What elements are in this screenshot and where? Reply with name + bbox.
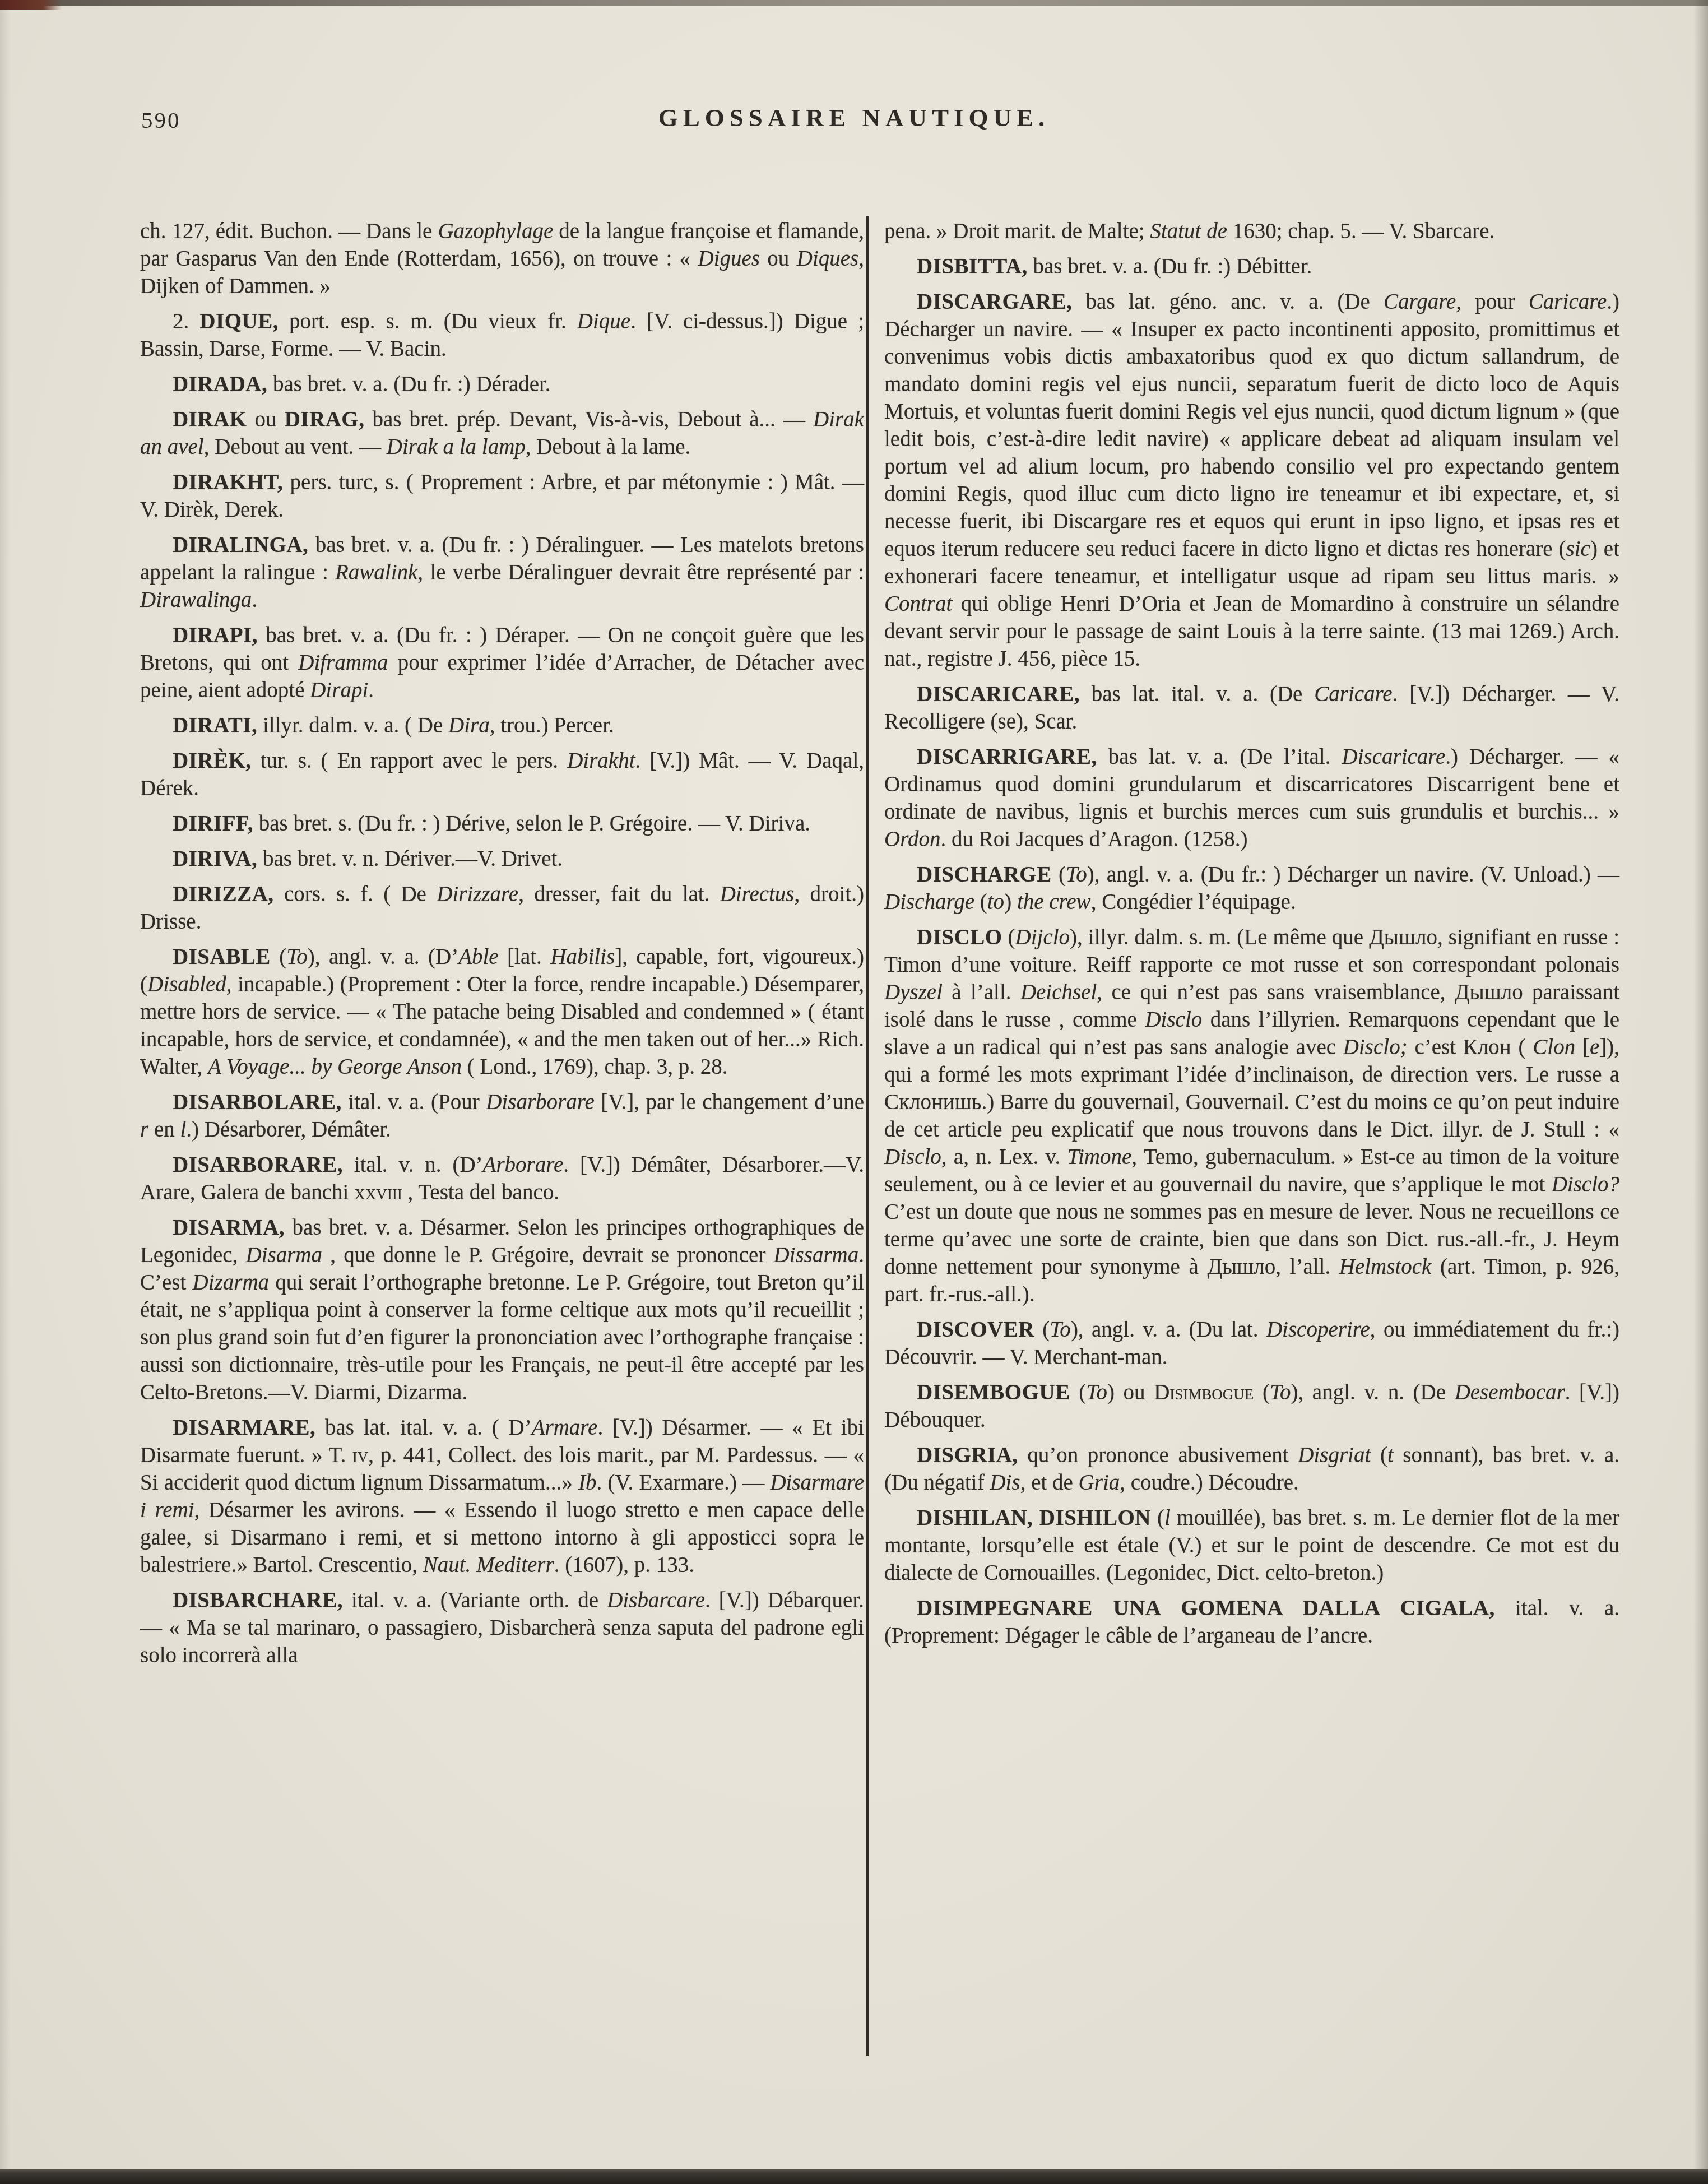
entry-text: bas bret. prép. Devant, Vis-à-vis, Debou… (364, 407, 813, 432)
entry-text: A Voyage... by George Anson (208, 1055, 462, 1079)
entry-text: Disbarcare (607, 1588, 705, 1612)
entry-text: Diques (797, 247, 859, 271)
entry-headword: DIRIFF, (173, 812, 253, 836)
dictionary-entry: DISARBOLARE, ital. v. a. (Pour Disarbora… (140, 1088, 864, 1143)
entry-text: l (180, 1117, 187, 1142)
entry-headword: DIQUE, (199, 309, 279, 333)
dictionary-entry: DISCOVER (To), angl. v. a. (Du lat. Disc… (884, 1316, 1619, 1371)
entry-text: Discoperire (1266, 1318, 1370, 1342)
dictionary-entry: DIRIVA, bas bret. v. n. Dériver.—V. Driv… (140, 845, 864, 873)
entry-text: . (252, 588, 257, 612)
entry-text: bas lat. ital. v. a. (De (1080, 682, 1314, 706)
entry-text: r (140, 1117, 148, 1142)
entry-text: . (1607), p. 133. (554, 1553, 694, 1577)
entry-text: Disarma (246, 1243, 323, 1267)
entry-headword: DISBITTA, (917, 254, 1028, 279)
dictionary-entry: pena. » Droit marit. de Malte; Statut de… (884, 217, 1619, 245)
entry-text: pour (1461, 290, 1529, 314)
entry-text: To (1270, 1380, 1291, 1404)
entry-text: en (148, 1117, 180, 1142)
entry-headword: DISCARRIGARE, (917, 745, 1097, 769)
entry-text: Discaricare (1342, 745, 1445, 769)
entry-headword: DISARBOLARE, (173, 1090, 342, 1114)
entry-headword: DISARBORARE, (173, 1153, 343, 1177)
dictionary-entry: DIRADA, bas bret. v. a. (Du fr. :) Dérad… (140, 370, 864, 398)
entry-text: [lat. (499, 945, 551, 969)
dictionary-entry: DISCARRIGARE, bas lat. v. a. (De l’ital.… (884, 743, 1619, 853)
entry-text: Helmstock (1339, 1255, 1432, 1279)
entry-text: 2. (173, 309, 199, 333)
entry-headword: DIRIVA, (173, 847, 257, 871)
entry-text: iv (352, 1443, 369, 1467)
entry-text: , dresser, fait du lat. (518, 882, 720, 906)
entry-text: Desembocar (1455, 1380, 1565, 1404)
entry-text: Dirak a la lamp (387, 435, 526, 459)
entry-text: . (V. Exarmare.) — (596, 1471, 770, 1495)
entry-text: Digues (698, 247, 760, 271)
entry-text: Disclo (1145, 1008, 1202, 1032)
entry-text: ou (760, 247, 797, 271)
entry-text: ( (1034, 1318, 1050, 1342)
entry-text: the crew (1017, 890, 1091, 914)
entry-text: bas bret. v. a. (Du fr. :) Dérader. (267, 372, 550, 396)
entry-headword: DISCARGARE, (917, 290, 1072, 314)
entry-headword: DIRÈK, (173, 749, 252, 773)
dictionary-entry: DIRAKHT, pers. turc, s. ( Proprement : A… (140, 469, 864, 523)
entry-text: Disimbogue (1154, 1380, 1254, 1404)
entry-text: Caricare (1314, 682, 1392, 706)
entry-text: Discharge (884, 890, 974, 914)
entry-text: , Debout au vent. — (204, 435, 387, 459)
entry-text: ), angl. v. a. (Du fr.: ) Décharger un n… (1087, 863, 1619, 887)
entry-text: Dirakht (567, 749, 635, 773)
entry-text: ), angl. v. a. (D’ (308, 945, 458, 969)
entry-headword: DISABLE (173, 945, 271, 969)
entry-text: ch. 127, édit. Buchon. — Dans le (140, 219, 438, 243)
dictionary-entry: DISARBORARE, ital. v. n. (D’Arborare. [V… (140, 1151, 864, 1206)
entry-headword: DIRADA, (173, 372, 267, 396)
entry-text: Timone (1067, 1145, 1131, 1169)
entry-text: ital. v. a. (Variante orth. de (343, 1588, 607, 1612)
dictionary-entry: DISARMARE, bas lat. ital. v. a. ( D’Arma… (140, 1414, 864, 1579)
entry-headword: DISCHARGE (917, 863, 1052, 887)
entry-text: , Debout à la lame. (526, 435, 691, 459)
entry-text: [V.], par le changement d’une (595, 1090, 864, 1114)
entry-text: To (1086, 1380, 1107, 1404)
scan-right-shade (1693, 0, 1708, 2184)
entry-text: to (987, 890, 1004, 914)
entry-text: Ordon (884, 827, 940, 851)
entry-text: Habilis (550, 945, 615, 969)
entry-text: 1630; chap. 5. — V. Sbarcare. (1227, 219, 1494, 243)
entry-text: Dijclo (1015, 925, 1070, 949)
entry-text: bas bret. s. (Du fr. : ) Dérive, selon l… (253, 812, 810, 836)
entry-text: , Congédier l’équipage. (1091, 890, 1296, 914)
right-column: pena. » Droit marit. de Malte; Statut de… (884, 217, 1619, 1657)
entry-text: Ib (578, 1471, 597, 1495)
entry-text: bas lat. v. a. (De l’ital. (1097, 745, 1342, 769)
entry-text: Disclo? (1552, 1172, 1619, 1197)
entry-text: Deichsel (1020, 980, 1097, 1004)
entry-text: Dis (990, 1471, 1020, 1495)
scan-bottom-edge (0, 2169, 1708, 2184)
entry-headword: DIRAPI, (173, 623, 258, 647)
entry-text: ( (974, 890, 987, 914)
entry-text: Diframma (298, 651, 388, 675)
entry-text: , que donne le P. Grégoire, devrait se p… (322, 1243, 774, 1267)
entry-headword: DISBARCHARE, (173, 1588, 343, 1612)
entry-text: .) Désarborer, Démâter. (186, 1117, 391, 1142)
entry-text: Arborare (483, 1153, 564, 1177)
entry-text: . (368, 678, 374, 702)
entry-text: .) Décharger un navire. — « Insuper ex p… (884, 290, 1619, 561)
entry-text: Naut. Mediterr (423, 1553, 554, 1577)
entry-text: ) (1004, 890, 1017, 914)
entry-headword: DIRALINGA, (173, 533, 308, 557)
entry-headword: DISCARICARE, (917, 682, 1080, 706)
entry-text: bas lat. géno. anc. v. a. (De (1072, 290, 1384, 314)
entry-headword: DISARMARE, (173, 1416, 315, 1440)
scan-left-shade (0, 0, 10, 2184)
dictionary-entry: DIRIZZA, cors. s. f. ( De Dirizzare, dre… (140, 880, 864, 935)
dictionary-entry: DIRIFF, bas bret. s. (Du fr. : ) Dérive,… (140, 810, 864, 837)
entry-text: ( (1371, 1443, 1387, 1467)
entry-text: Statut de (1150, 219, 1227, 243)
page-title: GLOSSAIRE NAUTIQUE. (0, 103, 1708, 132)
entry-text: à l’all. (943, 980, 1020, 1004)
entry-text: Disgriat (1298, 1443, 1371, 1467)
dictionary-entry: DISCARICARE, bas lat. ital. v. a. (De Ca… (884, 680, 1619, 735)
entry-text: bas lat. ital. v. a. ( D’ (315, 1416, 531, 1440)
dictionary-entry: DISBARCHARE, ital. v. a. (Variante orth.… (140, 1587, 864, 1669)
entry-text: Clon (1533, 1035, 1575, 1059)
entry-text: bas bret. v. a. (Du fr. :) Débitter. (1028, 254, 1312, 279)
entry-text: Dirizzare (437, 882, 518, 906)
dictionary-entry: DISABLE (To), angl. v. a. (D’Able [lat. … (140, 943, 864, 1081)
entry-text: Dique (577, 309, 630, 333)
entry-text: Dizarma (193, 1270, 270, 1295)
entry-text: Gria (1079, 1471, 1120, 1495)
dictionary-entry: DIRATI, illyr. dalm. v. a. ( De Dira, tr… (140, 712, 864, 739)
dictionary-entry: DISHILAN, DISHILON (l mouillée), bas bre… (884, 1504, 1619, 1587)
entry-text: e (1590, 1035, 1599, 1059)
entry-text: ital. v. a. (Pour (342, 1090, 486, 1114)
entry-text: Armare (532, 1416, 598, 1440)
dictionary-entry: DISCHARGE (To), angl. v. a. (Du fr.: ) D… (884, 861, 1619, 916)
dictionary-entry: 2. DIQUE, port. esp. s. m. (Du vieux fr.… (140, 308, 864, 363)
entry-text: Gazophylage (438, 219, 553, 243)
entry-text: Cargare, (1384, 290, 1461, 314)
dictionary-entry: DIRAK ou DIRAG, bas bret. prép. Devant, … (140, 406, 864, 461)
dictionary-entry: DISIMPEGNARE UNA GOMENA DALLA CIGALA, it… (884, 1594, 1619, 1649)
entry-text: Contrat (884, 592, 952, 616)
entry-headword: DISEMBOGUE (917, 1380, 1070, 1404)
entry-text: ) ou (1107, 1380, 1154, 1404)
entry-text: port. esp. s. m. (Du vieux fr. (279, 309, 577, 333)
left-column: ch. 127, édit. Buchon. — Dans le Gazophy… (140, 217, 864, 1677)
dictionary-entry: DIRALINGA, bas bret. v. a. (Du fr. : ) D… (140, 531, 864, 614)
entry-text: , a, n. Lex. v. (941, 1145, 1067, 1169)
entry-text: ( (1254, 1380, 1270, 1404)
entry-text: , trou.) Percer. (490, 713, 614, 738)
entry-headword: DISHILAN, DISHILON (917, 1506, 1151, 1530)
entry-text: Rawalink (335, 560, 417, 585)
scan-top-edge (0, 0, 1708, 6)
entry-headword: DISCOVER (917, 1318, 1034, 1342)
entry-headword: DIRAKHT, (173, 470, 283, 494)
entry-headword: DIRATI, (173, 713, 257, 738)
entry-text: Dira (448, 713, 490, 738)
dictionary-entry: DISCLO (Dijclo), illyr. dalm. s. m. (Le … (884, 924, 1619, 1308)
entry-text: qu’on prononce abusivement (1018, 1443, 1298, 1467)
entry-text: To (1050, 1318, 1071, 1342)
entry-text: xxviii (354, 1180, 402, 1204)
entry-text: t (1387, 1443, 1394, 1467)
entry-text: bas bret. v. n. Dériver.—V. Drivet. (257, 847, 563, 871)
entry-text: Dirapi (310, 678, 368, 702)
entry-text: ), angl. v. n. (De (1291, 1380, 1455, 1404)
entry-text: ( (271, 945, 286, 969)
entry-text: Caricare (1529, 290, 1607, 314)
dictionary-entry: DISGRIA, qu’on prononce abusivement Disg… (884, 1441, 1619, 1496)
scanned-dictionary-page: { "page": { "number": "590", "title": "G… (0, 0, 1708, 2184)
entry-text: To (286, 945, 308, 969)
entry-headword: DISCLO (917, 925, 1002, 949)
entry-text: Dissarma (774, 1243, 859, 1267)
entry-text: Disclo; (1343, 1035, 1408, 1059)
dictionary-entry: DIRÈK, tur. s. ( En rapport avec le pers… (140, 747, 864, 802)
entry-headword: DIRIZZA, (173, 882, 274, 906)
entry-headword: DISARMA, (173, 1216, 285, 1240)
dictionary-entry: DISARMA, bas bret. v. a. Désarmer. Selon… (140, 1214, 864, 1406)
entry-text: ( (1052, 863, 1066, 887)
entry-text: pena. » Droit marit. de Malte; (884, 219, 1150, 243)
dictionary-entry: DISCARGARE, bas lat. géno. anc. v. a. (D… (884, 288, 1619, 673)
dictionary-entry: DISBITTA, bas bret. v. a. (Du fr. :) Déb… (884, 253, 1619, 280)
entry-text: Directus (720, 882, 795, 906)
entry-headword: DIRAG, (285, 407, 365, 432)
entry-text: qui oblige Henri D’Oria et Jean de Momar… (884, 592, 1619, 671)
entry-text: c’est Клон ( (1408, 1035, 1533, 1059)
entry-text: Dyszel (884, 980, 943, 1004)
entry-text: To (1066, 863, 1087, 887)
entry-headword: DIRAK (173, 407, 247, 432)
entry-text: ), angl. v. a. (Du lat. (1071, 1318, 1266, 1342)
dictionary-entry: DISEMBOGUE (To) ou Disimbogue (To), angl… (884, 1379, 1619, 1434)
entry-text: l (1164, 1506, 1171, 1530)
entry-text: Able (458, 945, 498, 969)
entry-text: ( (1002, 925, 1015, 949)
entry-text: cors. s. f. ( De (274, 882, 437, 906)
entry-text: , Testa del banco. (402, 1180, 559, 1204)
entry-text: ital. v. n. (D’ (343, 1153, 483, 1177)
entry-text: sic (1566, 537, 1590, 561)
entry-text: . du Roi Jacques d’Aragon. (1258.) (940, 827, 1247, 851)
entry-text: Disclo (884, 1145, 941, 1169)
dictionary-entry: ch. 127, édit. Buchon. — Dans le Gazophy… (140, 217, 864, 300)
entry-text: ( (1151, 1506, 1164, 1530)
entry-text: Disabled (147, 972, 226, 996)
entry-text: ( Lond., 1769), chap. 3, p. 28. (462, 1055, 727, 1079)
entry-text: , et de (1020, 1471, 1079, 1495)
column-divider-rule (866, 216, 869, 2056)
entry-text: , le verbe Déralinguer devrait être repr… (417, 560, 864, 585)
entry-text: Dirawalinga (140, 588, 252, 612)
entry-text: [ (1575, 1035, 1590, 1059)
entry-text: tur. s. ( En rapport avec le pers. (252, 749, 568, 773)
entry-text: ou (247, 407, 285, 432)
entry-headword: DISGRIA, (917, 1443, 1018, 1467)
dictionary-entry: DIRAPI, bas bret. v. a. (Du fr. : ) Déra… (140, 622, 864, 704)
entry-text: Disarborare (486, 1090, 595, 1114)
entry-text: ( (1070, 1380, 1087, 1404)
entry-text: , coudre.) Découdre. (1120, 1471, 1298, 1495)
entry-text: illyr. dalm. v. a. ( De (257, 713, 448, 738)
entry-headword: DISIMPEGNARE UNA GOMENA DALLA CIGALA, (917, 1596, 1495, 1620)
